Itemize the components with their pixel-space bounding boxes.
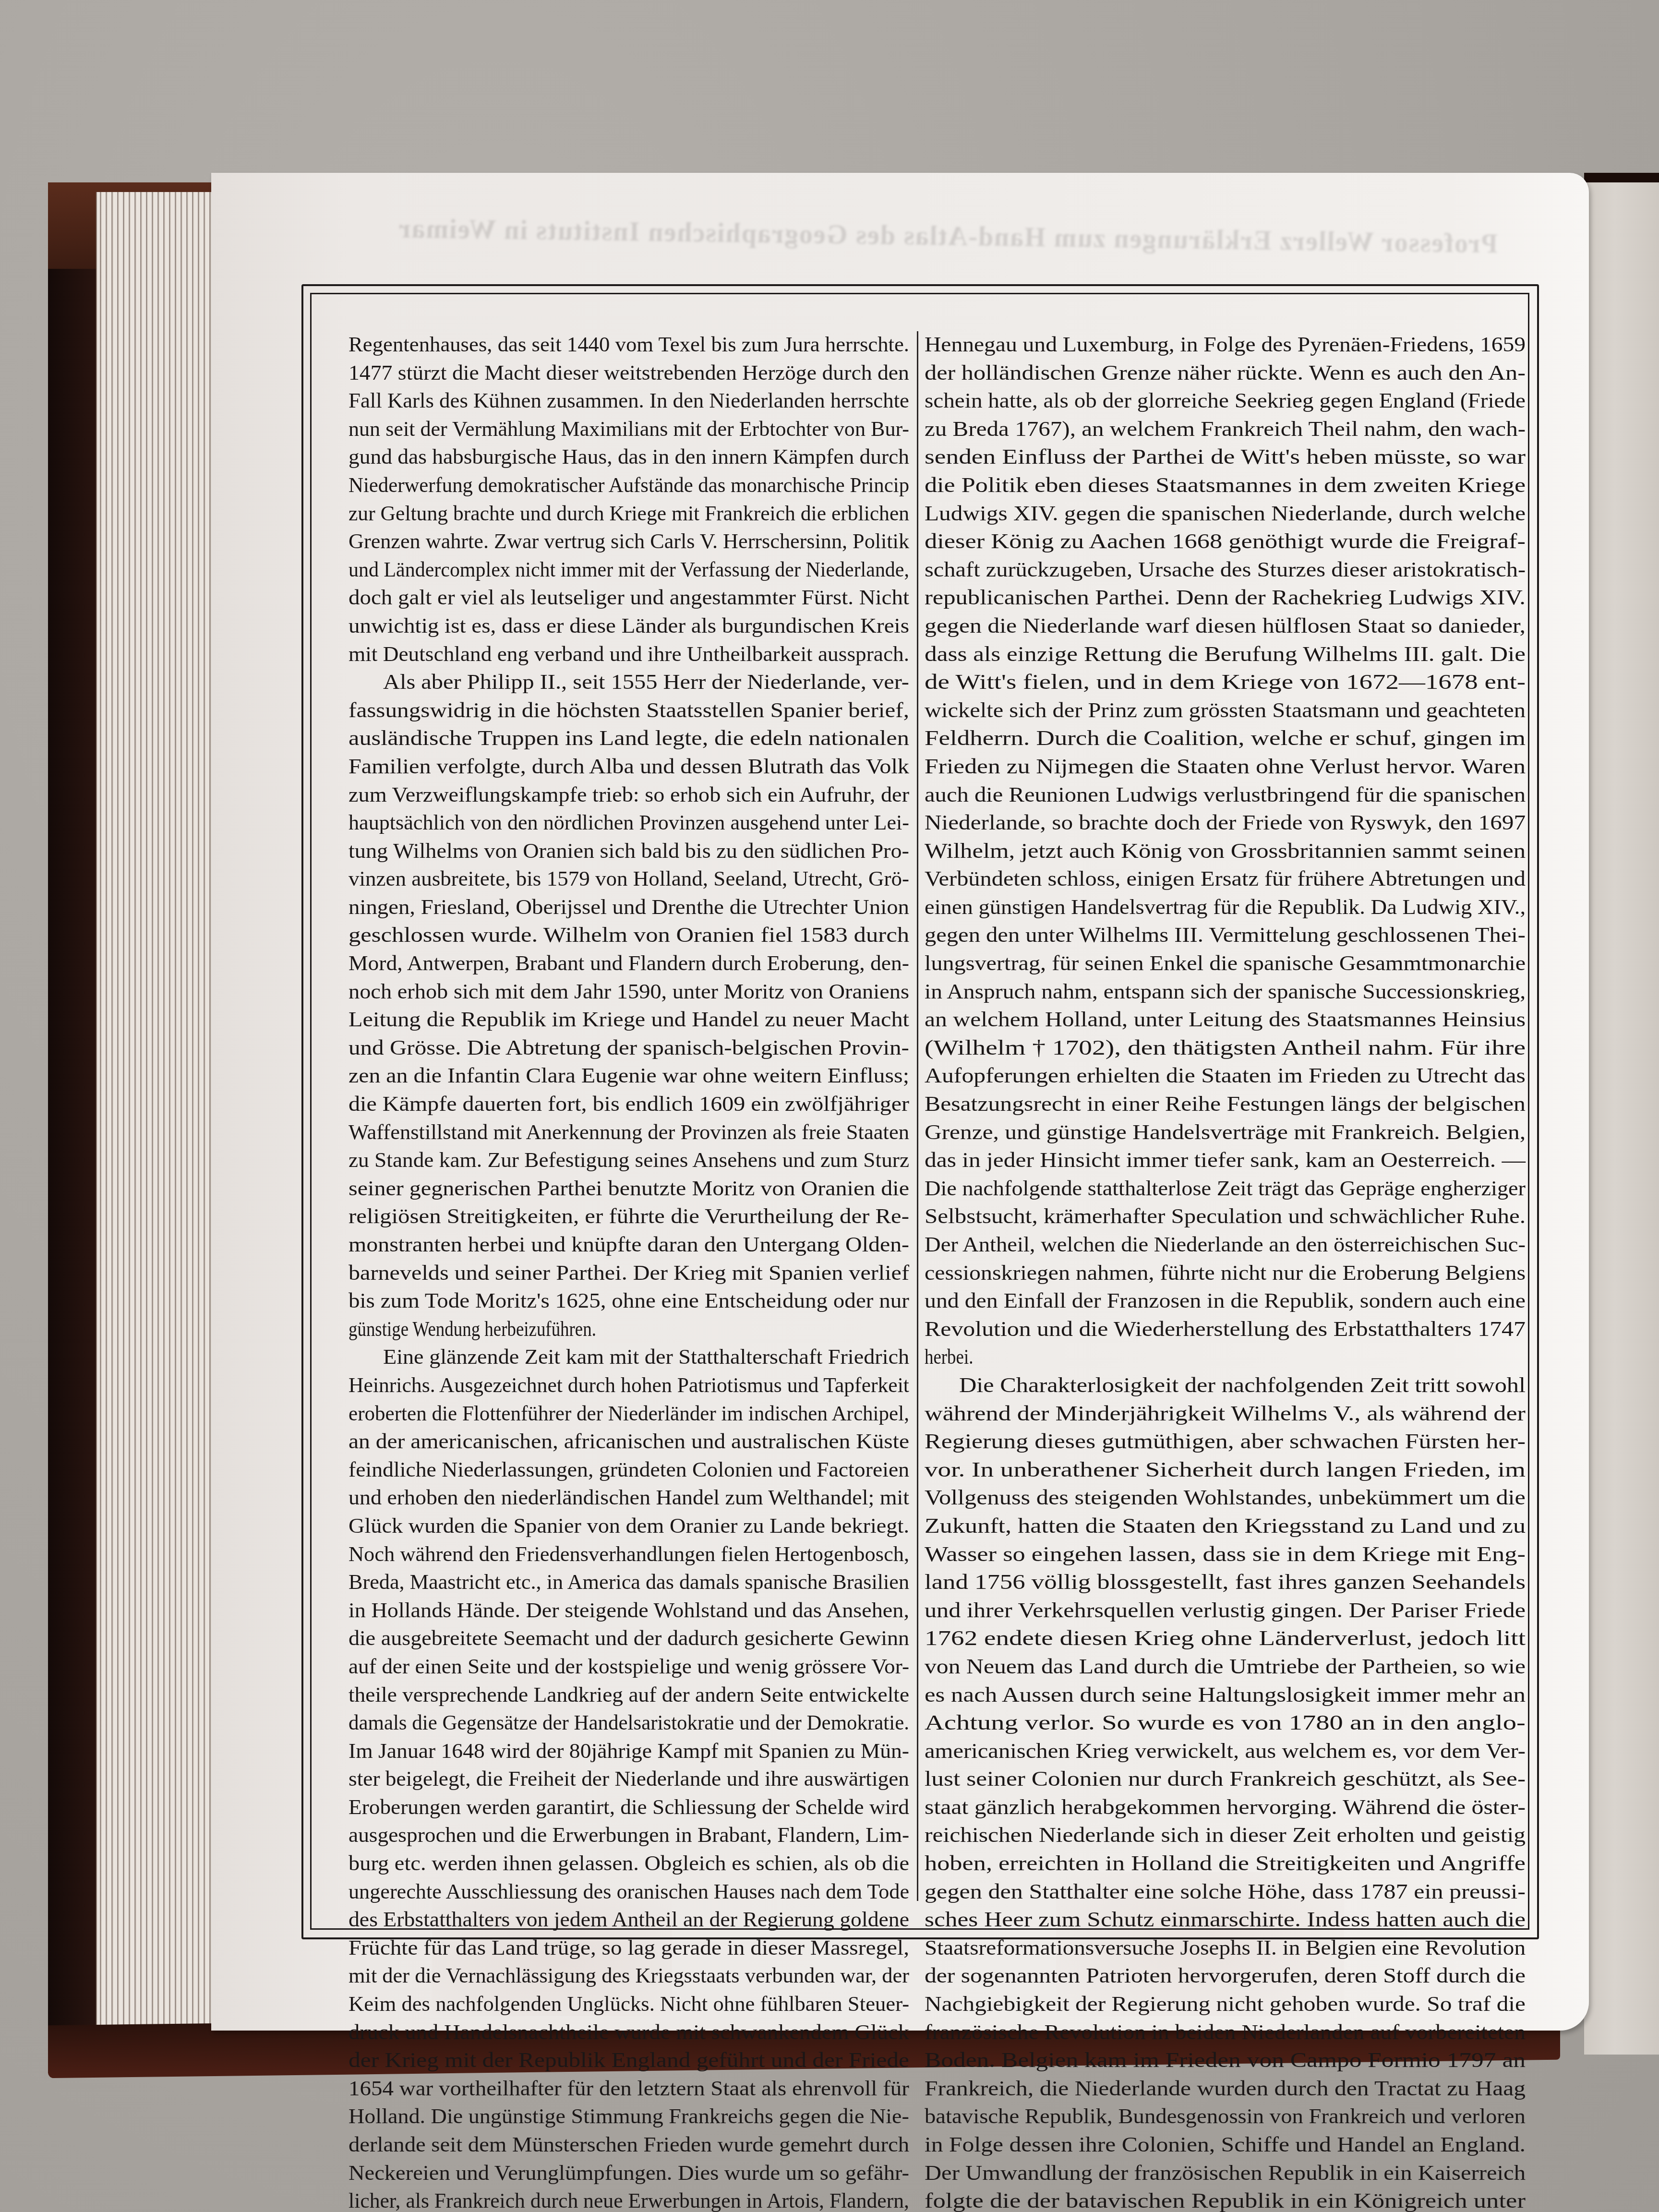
text-line: günstige Wendung herbeizuführen. bbox=[349, 1315, 909, 1343]
text-line: Regentenhauses, das seit 1440 vom Texel … bbox=[349, 330, 909, 359]
text-line: gegen die Niederlande warf diesen hülflo… bbox=[925, 612, 1526, 640]
text-line: staat gänzlich herabgekommen hervorging.… bbox=[925, 1793, 1526, 1821]
text-line: zur Geltung brachte und durch Kriege mit… bbox=[349, 499, 909, 528]
text-line: Nachgiebigkeit der Regierung nicht gehob… bbox=[925, 1990, 1526, 2018]
text-line: zu Stande kam. Zur Befestigung seines An… bbox=[349, 1146, 909, 1174]
text-line: Im Januar 1648 wird der 80jährige Kampf … bbox=[349, 1737, 909, 1765]
text-line: senden Einfluss der Parthei de Witt's he… bbox=[925, 443, 1526, 471]
text-line: ausländische Truppen ins Land legte, die… bbox=[349, 724, 909, 752]
text-line: Revolution und die Wiederherstellung des… bbox=[925, 1315, 1526, 1343]
text-line: burg etc. werden ihnen gelassen. Obgleic… bbox=[349, 1849, 909, 1877]
text-line: derlande seit dem Münsterschen Frieden w… bbox=[349, 2130, 909, 2159]
text-line: schaft zurückzugeben, Ursache des Sturze… bbox=[925, 555, 1526, 584]
text-line: und Grösse. Die Abtretung der spanisch-b… bbox=[349, 1034, 909, 1062]
text-line: dass als einzige Rettung die Berufung Wi… bbox=[925, 640, 1526, 668]
facing-page bbox=[1584, 182, 1659, 2055]
text-line: Noch während den Friedensverhandlungen f… bbox=[349, 1540, 909, 1568]
text-line: doch galt er viel als leutseliger und an… bbox=[349, 583, 909, 612]
text-line: 1762 endete diesen Krieg ohne Länderverl… bbox=[925, 1624, 1526, 1652]
text-line: die ausgebreitete Seemacht und der dadur… bbox=[349, 1624, 909, 1652]
text-line: der Krieg mit der Republik England gefüh… bbox=[349, 2046, 909, 2074]
text-line: Regierung dieses gutmüthigen, aber schwa… bbox=[925, 1427, 1526, 1455]
text-line: dieser König zu Aachen 1668 genöthigt wu… bbox=[925, 527, 1526, 555]
text-line: feindliche Niederlassungen, gründeten Co… bbox=[349, 1455, 909, 1484]
text-line: Grenzen wahrte. Zwar vertrug sich Carls … bbox=[349, 527, 909, 555]
text-line: zu Breda 1767), an welchem Frankreich Th… bbox=[925, 415, 1526, 443]
text-line: auf der einen Seite und der kostspielige… bbox=[349, 1652, 909, 1681]
text-line: Zukunft, hatten die Staaten den Kriegsst… bbox=[925, 1512, 1526, 1540]
text-line: folgte die der batavischen Republik in e… bbox=[925, 2187, 1526, 2212]
text-line: vinzen ausbreitete, bis 1579 von Holland… bbox=[349, 865, 909, 893]
text-line: in Anspruch nahm, entspann sich der span… bbox=[925, 977, 1526, 1006]
text-line: tung Wilhelms von Oranien sich bald bis … bbox=[349, 837, 909, 865]
text-line: lungsvertrag, für seinen Enkel die spani… bbox=[925, 949, 1526, 977]
text-line: herbei. bbox=[925, 1343, 1526, 1371]
text-line: Fall Karls des Kühnen zusammen. In den N… bbox=[349, 386, 909, 415]
text-line: Frankreich, die Niederlande wurden durch… bbox=[925, 2074, 1526, 2103]
text-line: gund das habsburgische Haus, das in den … bbox=[349, 443, 909, 471]
text-line: Grenze, und günstige Handelsverträge mit… bbox=[925, 1118, 1526, 1146]
text-line: Selbstsucht, krämerhafter Speculation un… bbox=[925, 1202, 1526, 1230]
text-line: an welchem Holland, unter Leitung des St… bbox=[925, 1005, 1526, 1034]
text-line: (Wilhelm † 1702), den thätigsten Antheil… bbox=[925, 1034, 1526, 1062]
text-line: Staatsreformationsversuche Josephs II. i… bbox=[925, 1934, 1526, 1962]
text-line: Die nachfolgende statthalterlose Zeit tr… bbox=[925, 1174, 1526, 1202]
text-line: der sogenannten Patrioten hervorgerufen,… bbox=[925, 1961, 1526, 1990]
text-line: druck und Handelsnachtheile wurde mit sc… bbox=[349, 2018, 909, 2046]
text-line: schein hatte, als ob der glorreiche Seek… bbox=[925, 386, 1526, 415]
text-line: reichischen Niederlande sich in dieser Z… bbox=[925, 1821, 1526, 1849]
text-line: Boden. Belgien kam im Frieden von Campo … bbox=[925, 2046, 1526, 2074]
text-line: ningen, Friesland, Oberijssel und Drenth… bbox=[349, 893, 909, 921]
text-line: Ludwigs XIV. gegen die spanischen Nieder… bbox=[925, 499, 1526, 528]
text-line: gegen den Statthalter eine solche Höhe, … bbox=[925, 1877, 1526, 1906]
right-text-column: Hennegau und Luxemburg, in Folge des Pyr… bbox=[925, 330, 1526, 2212]
text-line: zum Verzweiflungskampfe trieb: so erhob … bbox=[349, 781, 909, 809]
text-line: Breda, Maastricht etc., in America das d… bbox=[349, 1568, 909, 1596]
text-line: Eroberungen werden garantirt, die Schlie… bbox=[349, 1793, 909, 1821]
text-line: 1477 stürzt die Macht dieser weitstreben… bbox=[349, 359, 909, 387]
text-line: geschlossen wurde. Wilhelm von Oranien f… bbox=[349, 921, 909, 949]
text-line: bis zum Tode Moritz's 1625, ohne eine En… bbox=[349, 1286, 909, 1315]
text-line: in Folge dessen ihre Colonien, Schiffe u… bbox=[925, 2130, 1526, 2159]
text-line: Verbündeten schloss, einigen Ersatz für … bbox=[925, 865, 1526, 893]
text-line: damals die Gegensätze der Handelsaristok… bbox=[349, 1708, 909, 1737]
text-line: vor. In unberathener Sicherheit durch la… bbox=[925, 1455, 1526, 1484]
text-line: Feldherrn. Durch die Coalition, welche e… bbox=[925, 724, 1526, 752]
text-line: Besatzungsrecht in einer Reihe Festungen… bbox=[925, 1090, 1526, 1118]
text-line: auch die Reunionen Ludwigs verlustbringe… bbox=[925, 781, 1526, 809]
text-line: einen günstigen Handelsvertrag für die R… bbox=[925, 893, 1526, 921]
text-line: Neckereien und Verunglümpfungen. Dies wu… bbox=[349, 2159, 909, 2187]
text-line: theile versprechende Landkrieg auf der a… bbox=[349, 1681, 909, 1709]
text-line: batavische Republik, Bundesgenossin von … bbox=[925, 2102, 1526, 2130]
text-line: cessionskriegen nahmen, führte nicht nur… bbox=[925, 1259, 1526, 1287]
page-edge-stack bbox=[96, 192, 217, 2055]
text-line: nun seit der Vermählung Maximilians mit … bbox=[349, 415, 909, 443]
text-line: wickelte sich der Prinz zum grössten Sta… bbox=[925, 696, 1526, 724]
text-line: während der Minderjährigkeit Wilhelms V.… bbox=[925, 1399, 1526, 1428]
text-line: seiner gegnerischen Parthei benutzte Mor… bbox=[349, 1174, 909, 1202]
text-line: hoben, erreichten in Holland die Streiti… bbox=[925, 1849, 1526, 1877]
text-line: Achtung verlor. So wurde es von 1780 an … bbox=[925, 1708, 1526, 1737]
text-line: Hennegau und Luxemburg, in Folge des Pyr… bbox=[925, 330, 1526, 359]
text-line: französische Revolution in beiden Nieder… bbox=[925, 2018, 1526, 2046]
text-line: eroberten die Flottenführer der Niederlä… bbox=[349, 1399, 909, 1428]
text-line: ungerechte Ausschliessung des oranischen… bbox=[349, 1877, 909, 1906]
text-line: fassungswidrig in die höchsten Staatsste… bbox=[349, 696, 909, 724]
text-line: unwichtig ist es, dass er diese Länder a… bbox=[349, 612, 909, 640]
text-line: monstranten herbei und knüpfte daran den… bbox=[349, 1230, 909, 1259]
text-line: americanischen Krieg verwickelt, aus wel… bbox=[925, 1737, 1526, 1765]
text-line: Glück wurden die Spanier von dem Oranier… bbox=[349, 1512, 909, 1540]
text-line: gegen den unter Wilhelms III. Vermittelu… bbox=[925, 921, 1526, 949]
text-line: licher, als Frankreich durch neue Erwerb… bbox=[349, 2187, 909, 2212]
text-line: in Hollands Hände. Der steigende Wohlsta… bbox=[349, 1596, 909, 1624]
text-line: Der Umwandlung der französischen Republi… bbox=[925, 2159, 1526, 2187]
text-line: Heinrichs. Ausgezeichnet durch hohen Pat… bbox=[349, 1371, 909, 1399]
column-divider bbox=[917, 331, 918, 1901]
text-line: Wilhelm, jetzt auch König von Grossbrita… bbox=[925, 837, 1526, 865]
text-line: Waffenstillstand mit Anerkennung der Pro… bbox=[349, 1118, 909, 1146]
text-line: Eine glänzende Zeit kam mit der Statthal… bbox=[349, 1343, 909, 1371]
text-line: die Kämpfe dauerten fort, bis endlich 16… bbox=[349, 1090, 909, 1118]
text-line: mit Deutschland eng verband und ihre Unt… bbox=[349, 640, 909, 668]
text-line: Niederlande, so brachte doch der Friede … bbox=[925, 808, 1526, 837]
text-line: mit der die Vernachlässigung des Kriegss… bbox=[349, 1961, 909, 1990]
text-line: Leitung die Republik im Kriege und Hande… bbox=[349, 1005, 909, 1034]
text-line: es nach Aussen durch seine Haltungslosig… bbox=[925, 1681, 1526, 1709]
text-line: das in jeder Hinsicht immer tiefer sank,… bbox=[925, 1146, 1526, 1174]
text-line: republicanischen Parthei. Denn der Rache… bbox=[925, 583, 1526, 612]
text-line: lust seiner Colonien nur durch Frankreic… bbox=[925, 1765, 1526, 1793]
text-line: der holländischen Grenze näher rückte. W… bbox=[925, 359, 1526, 387]
text-line: Die Charakterlosigkeit der nachfolgenden… bbox=[925, 1371, 1526, 1399]
text-line: Familien verfolgte, durch Alba und desse… bbox=[349, 752, 909, 781]
text-line: barnevelds und seiner Parthei. Der Krieg… bbox=[349, 1259, 909, 1287]
text-line: Niederwerfung demokratischer Aufstände d… bbox=[349, 471, 909, 499]
text-line: Früchte für das Land trüge, so lag gerad… bbox=[349, 1934, 909, 1962]
text-line: hauptsächlich von den nördlichen Provinz… bbox=[349, 808, 909, 837]
text-line: land 1756 völlig blossgestellt, fast ihr… bbox=[925, 1568, 1526, 1596]
text-line: noch erhob sich mit dem Jahr 1590, unter… bbox=[349, 977, 909, 1006]
text-line: Holland. Die ungünstige Stimmung Frankre… bbox=[349, 2102, 909, 2130]
text-line: Vollgenuss des steigenden Wohlstandes, u… bbox=[925, 1483, 1526, 1512]
text-line: Als aber Philipp II., seit 1555 Herr der… bbox=[349, 668, 909, 696]
left-text-column: Regentenhauses, das seit 1440 vom Texel … bbox=[349, 330, 909, 2212]
text-line: und Ländercomplex nicht immer mit der Ve… bbox=[349, 555, 909, 584]
text-line: die Politik eben dieses Staatsmannes in … bbox=[925, 471, 1526, 499]
text-line: Der Antheil, welchen die Niederlande an … bbox=[925, 1230, 1526, 1259]
text-line: religiösen Streitigkeiten, er führte die… bbox=[349, 1202, 909, 1230]
text-line: des Erbstatthalters von jedem Antheil an… bbox=[349, 1905, 909, 1934]
text-line: ausgesprochen und die Erwerbungen in Bra… bbox=[349, 1821, 909, 1849]
text-line: von Neuem das Land durch die Umtriebe de… bbox=[925, 1652, 1526, 1681]
text-line: und den Einfall der Franzosen in die Rep… bbox=[925, 1286, 1526, 1315]
text-line: ster beigelegt, die Freiheit der Niederl… bbox=[349, 1765, 909, 1793]
text-line: Aufopferungen erhielten die Staaten im F… bbox=[925, 1061, 1526, 1090]
text-line: sches Heer zum Schutz einmarschirte. Ind… bbox=[925, 1905, 1526, 1934]
text-line: Frieden zu Nijmegen die Staaten ohne Ver… bbox=[925, 752, 1526, 781]
text-line: an der americanischen, africanischen und… bbox=[349, 1427, 909, 1455]
text-line: Keim des nachfolgenden Unglücks. Nicht o… bbox=[349, 1990, 909, 2018]
text-line: und erhoben den niederländischen Handel … bbox=[349, 1483, 909, 1512]
text-line: Mord, Antwerpen, Brabant und Flandern du… bbox=[349, 949, 909, 977]
text-line: zen an die Infantin Clara Eugenie war oh… bbox=[349, 1061, 909, 1090]
text-line: de Witt's fielen, und in dem Kriege von … bbox=[925, 668, 1526, 696]
text-line: Wasser so eingehen lassen, dass sie in d… bbox=[925, 1540, 1526, 1568]
text-line: und ihrer Verkehrsquellen verlustig ging… bbox=[925, 1596, 1526, 1624]
text-line: 1654 war vortheilhafter für den letztern… bbox=[349, 2074, 909, 2103]
